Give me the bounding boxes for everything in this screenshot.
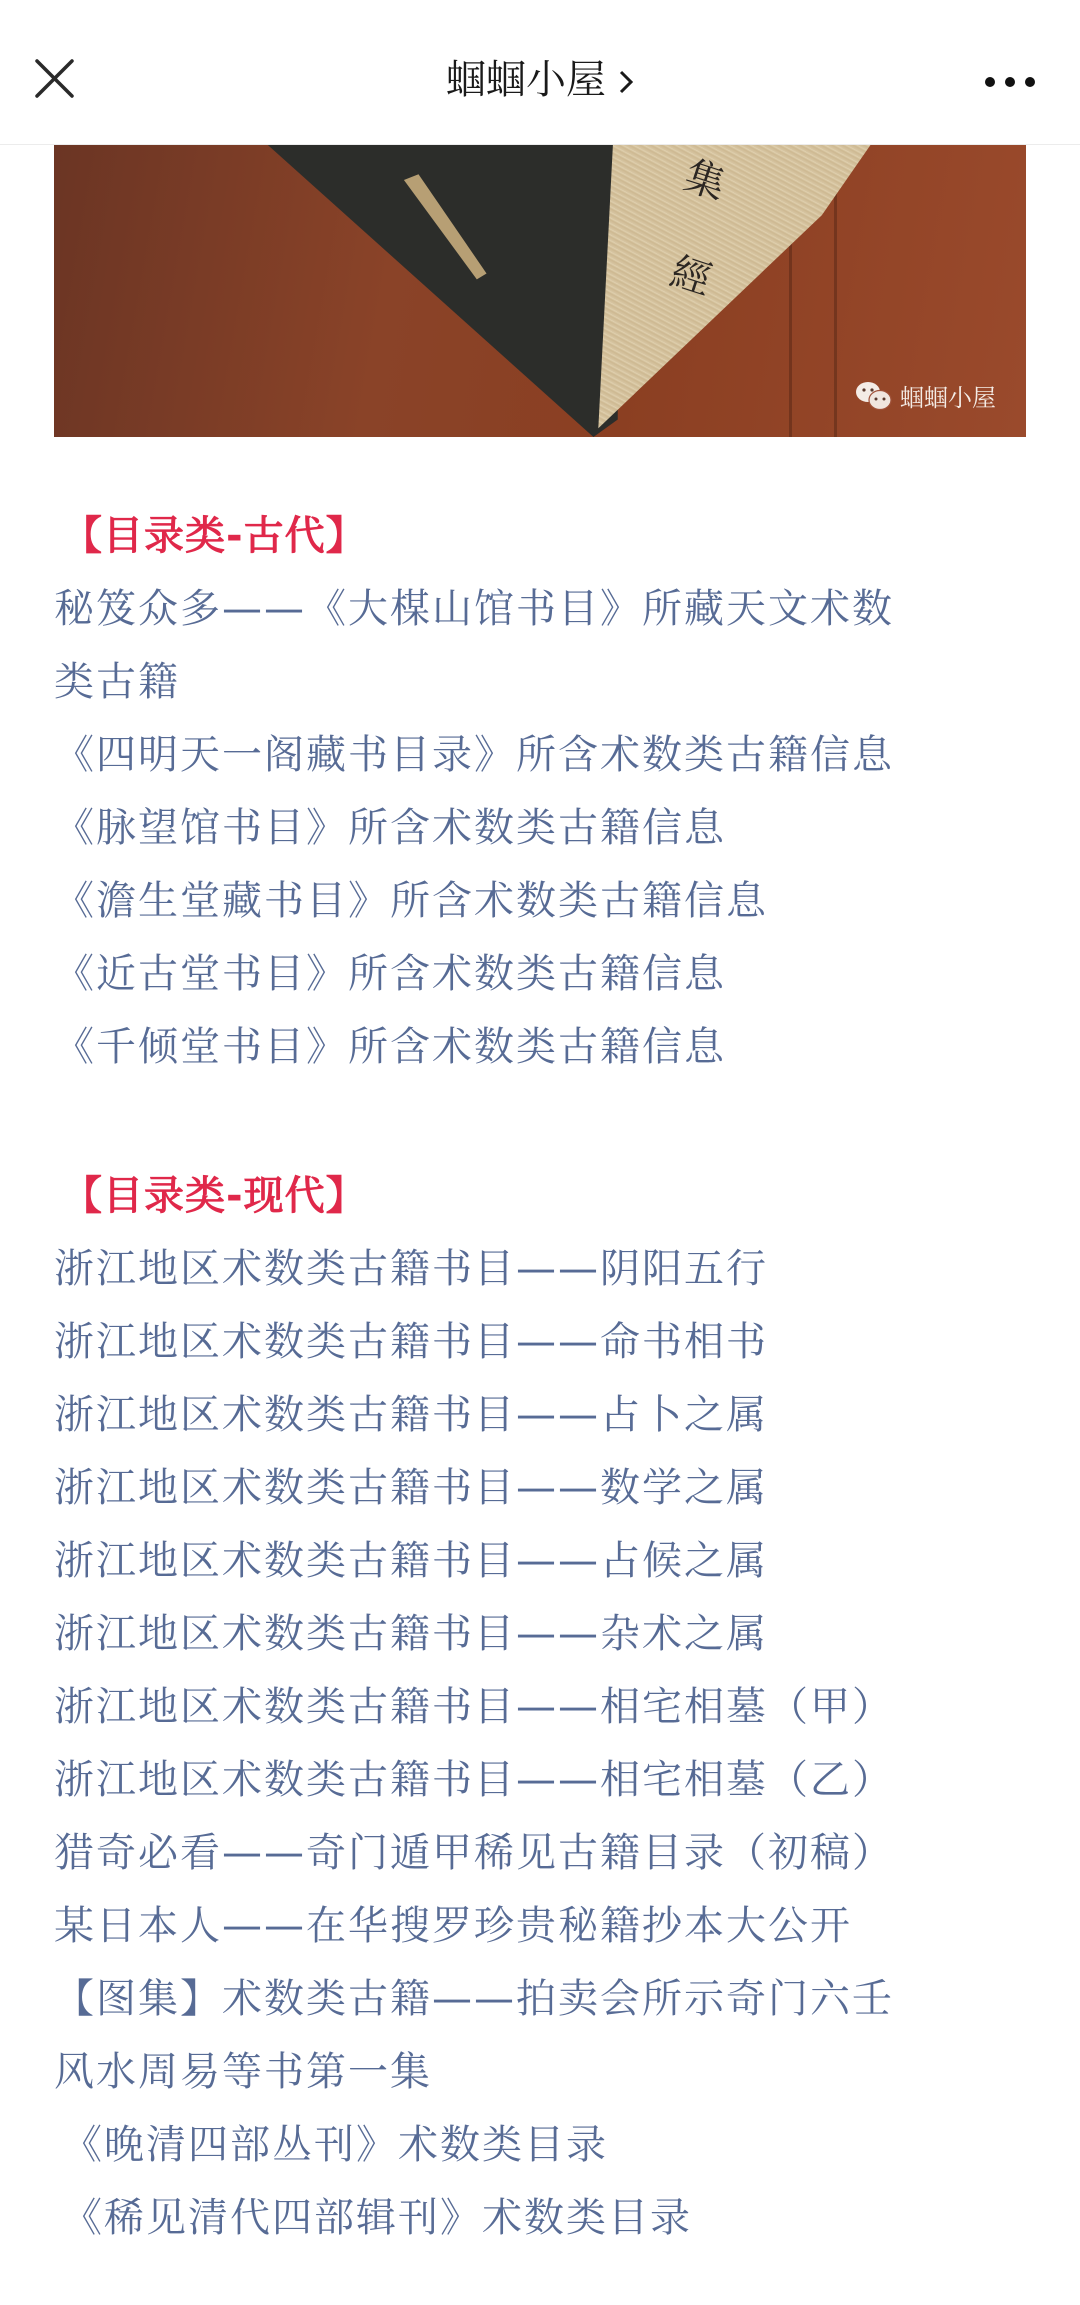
article-link[interactable]: 浙江地区术数类古籍书目——相宅相墓（乙） (54, 1744, 1044, 1817)
more-dots-icon (1005, 77, 1015, 87)
article-link[interactable]: 某日本人——在华搜罗珍贵秘籍抄本大公开 (54, 1890, 1044, 1963)
article-link[interactable]: 浙江地区术数类古籍书目——阴阳五行 (54, 1233, 1044, 1306)
article-link[interactable]: 《千倾堂书目》所含术数类古籍信息 (54, 1011, 1044, 1084)
watermark-text: 蝈蝈小屋 (900, 378, 996, 413)
article-link[interactable]: 《晚清四部丛刊》术数类目录 (62, 2109, 1052, 2182)
article-link[interactable]: 浙江地区术数类古籍书目——命书相书 (54, 1306, 1044, 1379)
account-name: 蝈蝈小屋 (446, 57, 606, 103)
article-link[interactable]: 浙江地区术数类古籍书目——杂术之属 (54, 1598, 1044, 1671)
section-heading-modern: 【目录类-现代】 (62, 1160, 1052, 1233)
article-image[interactable]: 集 經 蝈蝈小屋 (54, 145, 1026, 437)
article-link[interactable]: 浙江地区术数类古籍书目——占候之属 (54, 1525, 1044, 1598)
article-link[interactable]: 《澹生堂藏书目》所含术数类古籍信息 (54, 865, 1044, 938)
section-heading-ancient: 【目录类-古代】 (62, 500, 1052, 573)
more-dots-icon (1025, 77, 1035, 87)
article-link[interactable]: 《四明天一阁藏书目录》所含术数类古籍信息 (54, 719, 1044, 792)
article-link[interactable]: 《稀见清代四部辑刊》术数类目录 (62, 2182, 1052, 2255)
more-dots-icon (985, 77, 995, 87)
more-options-button[interactable] (970, 60, 1050, 104)
article-link[interactable]: 风水周易等书第一集 (54, 2036, 1044, 2109)
article-link[interactable]: 浙江地区术数类古籍书目——相宅相墓（甲） (54, 1671, 1044, 1744)
image-watermark: 蝈蝈小屋 (854, 378, 996, 413)
wechat-icon (854, 379, 894, 413)
article-link[interactable]: 《脉望馆书目》所含术数类古籍信息 (54, 792, 1044, 865)
chevron-right-icon (618, 54, 634, 110)
article-link[interactable]: 浙江地区术数类古籍书目——数学之属 (54, 1452, 1044, 1525)
article-link[interactable]: 浙江地区术数类古籍书目——占卜之属 (54, 1379, 1044, 1452)
top-nav-bar: 蝈蝈小屋 (0, 0, 1080, 145)
article-link[interactable]: 类古籍 (54, 646, 1044, 719)
article-link[interactable]: 《近古堂书目》所含术数类古籍信息 (54, 938, 1044, 1011)
article-link[interactable]: 【图集】术数类古籍——拍卖会所示奇门六壬 (54, 1963, 1044, 2036)
article-link[interactable]: 猎奇必看——奇门遁甲稀见古籍目录（初稿） (54, 1817, 1044, 1890)
account-title-link[interactable]: 蝈蝈小屋 (0, 52, 1080, 110)
article-link[interactable]: 秘笈众多——《大楳山馆书目》所藏天文术数 (54, 573, 1044, 646)
